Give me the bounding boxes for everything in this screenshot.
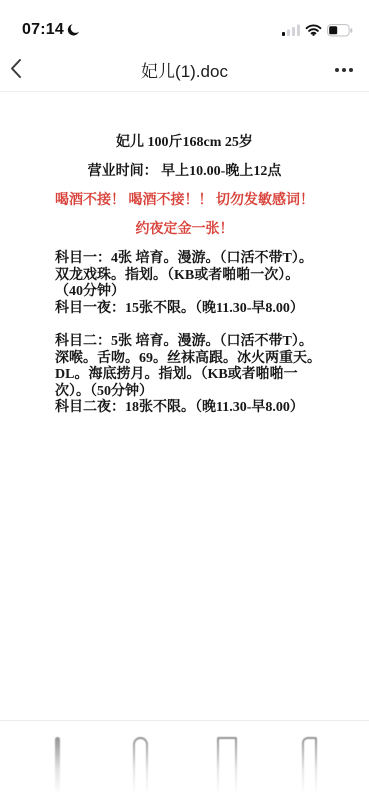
doc-text-line: DL。海底捞月。指划。（KB或者啪啪一: [55, 367, 341, 384]
phone-screen: 07:14: [0, 0, 369, 800]
document-title: 妃儿(1).doc: [54, 57, 315, 82]
status-right: [282, 24, 353, 37]
status-left: 07:14: [22, 21, 81, 39]
doc-warning-line-1: 喝酒不接！ 喝酒不接！！ 切勿发敏感词！: [0, 193, 369, 209]
doc-hours-line: 营业时间： 早上10.00-晚上12点: [0, 164, 369, 180]
doc-text-line: （40分钟）: [55, 284, 341, 301]
doc-text-line: 双龙戏珠。指划。（KB或者啪啪一次）。: [55, 268, 341, 285]
status-time: 07:14: [22, 21, 64, 39]
status-bar: 07:14: [0, 0, 369, 48]
moon-icon: [67, 23, 81, 37]
doc-section-2: 科目二：5张 培育。漫游。（口活不带T）。 深喉。舌吻。69。丝袜高跟。冰火两重…: [55, 334, 341, 417]
battery-icon: [327, 24, 353, 37]
document-viewer[interactable]: 妃儿 100斤168cm 25岁 营业时间： 早上10.00-晚上12点 喝酒不…: [0, 93, 369, 417]
faded-tool-icon-1[interactable]: [55, 737, 60, 793]
faded-tool-icon-2[interactable]: [133, 737, 148, 793]
toolbar-divider: [0, 720, 369, 721]
chevron-left-icon: [10, 58, 22, 82]
doc-profile-line: 妃儿 100斤168cm 25岁: [0, 135, 369, 151]
faded-tool-icon-3[interactable]: [217, 737, 237, 793]
doc-text-line: 次）。（50分钟）: [55, 384, 341, 401]
faded-tool-icon-4[interactable]: [302, 737, 317, 793]
cellular-signal-icon: [282, 24, 300, 36]
doc-section-1: 科目一：4张 培育。漫游。（口活不带T）。 双龙戏珠。指划。（KB或者啪啪一次）…: [55, 251, 341, 317]
nav-bar: 妃儿(1).doc: [0, 48, 369, 92]
wifi-icon: [305, 24, 322, 36]
more-menu-button[interactable]: [315, 68, 359, 72]
back-button[interactable]: [10, 58, 54, 82]
doc-warning-line-2: 约夜定金一张！: [0, 222, 369, 238]
doc-text-line: 科目二：5张 培育。漫游。（口活不带T）。: [55, 334, 341, 351]
ellipsis-icon: [335, 68, 359, 72]
doc-text-line: 深喉。舌吻。69。丝袜高跟。冰火两重天。: [55, 351, 341, 368]
doc-text-line: 科目一：4张 培育。漫游。（口活不带T）。: [55, 251, 341, 268]
doc-text-line: 科目二夜：18张不限。（晚11.30-早8.00）: [55, 400, 341, 417]
toolbar-icons: [0, 737, 369, 800]
doc-text-line: 科目一夜：15张不限。（晚11.30-早8.00）: [55, 301, 341, 318]
